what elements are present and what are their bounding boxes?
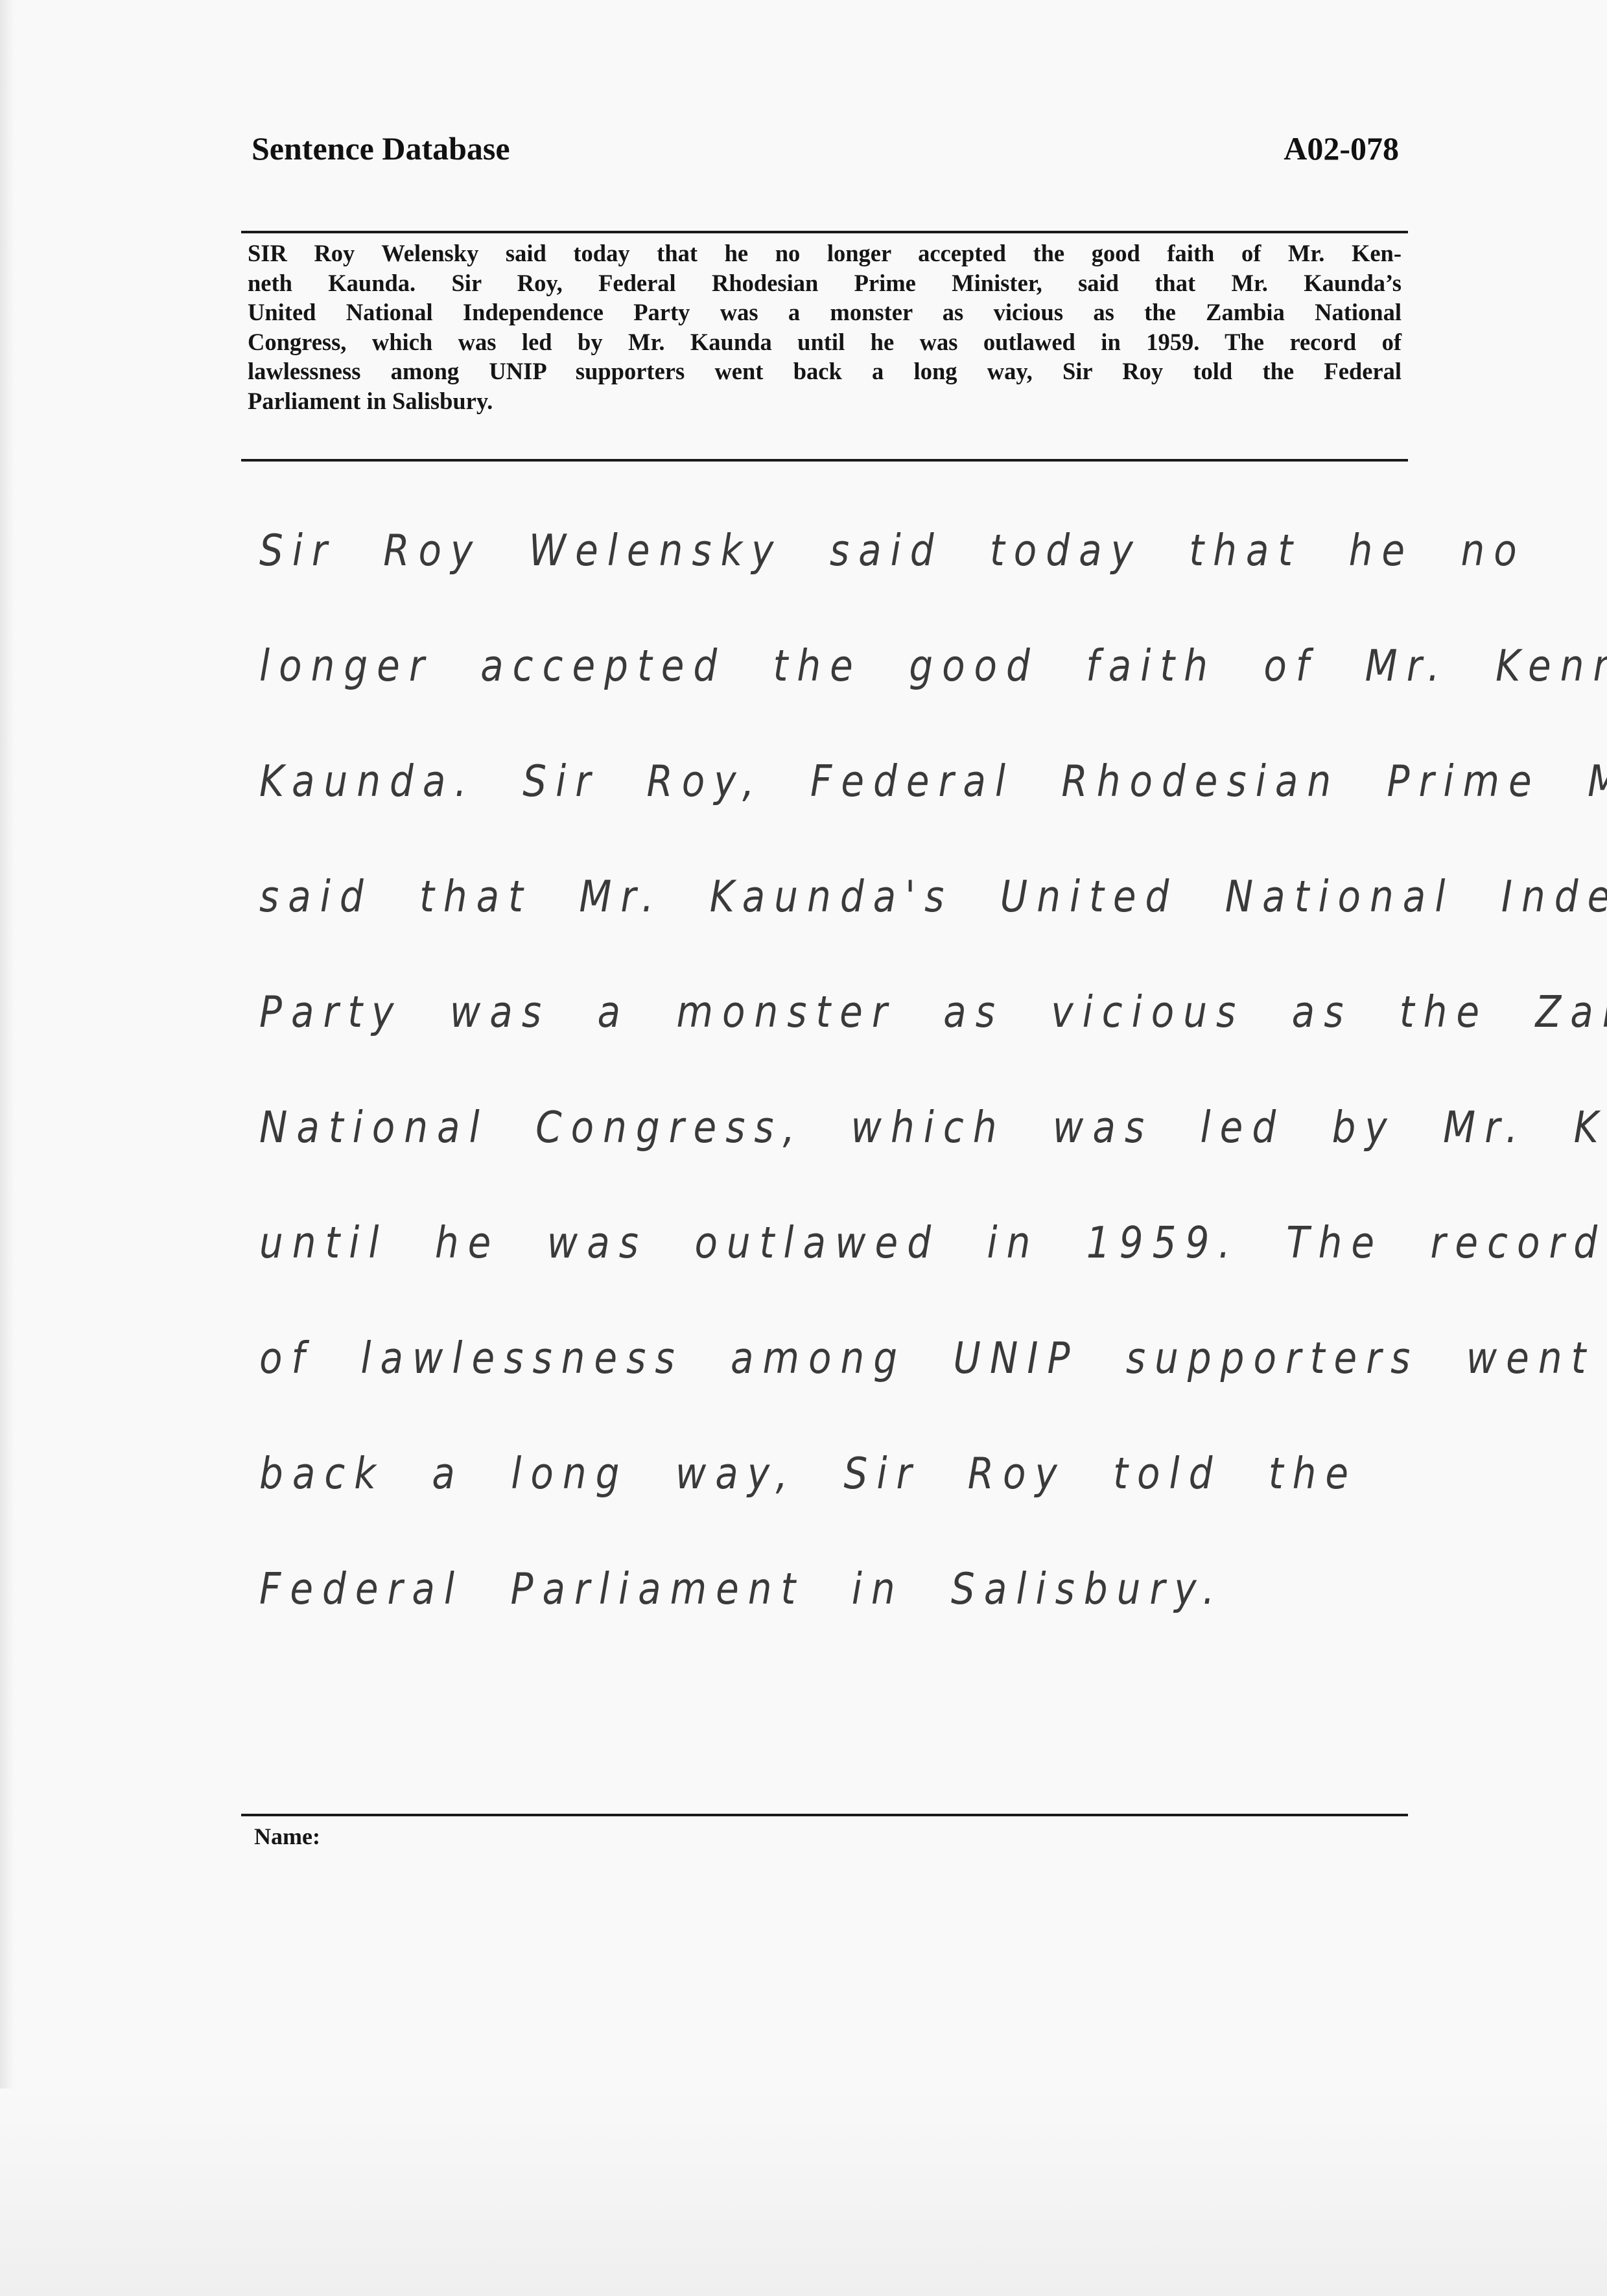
handwritten-line: of lawlessness among UNIP supporters wen… — [259, 1333, 1595, 1383]
prompt-line: neth Kaunda. Sir Roy, Federal Rhodesian … — [248, 268, 1402, 298]
printed-prompt-text: SIR Roy Welensky said today that he no l… — [248, 239, 1402, 416]
handwritten-line: Party was a monster as vicious as the Za… — [259, 987, 1607, 1037]
handwritten-line: said that Mr. Kaunda's United National I… — [259, 871, 1607, 922]
prompt-line: Congress, which was led by Mr. Kaunda un… — [248, 327, 1402, 357]
signature-divider — [241, 1814, 1408, 1816]
top-divider — [241, 231, 1408, 233]
prompt-line: Parliament in Salisbury. — [248, 386, 1402, 416]
name-label: Name: — [254, 1823, 320, 1850]
handwritten-line: Kaunda. Sir Roy, Federal Rhodesian Prime… — [259, 756, 1607, 806]
handwritten-line: until he was outlawed in 1959. The recor… — [259, 1217, 1606, 1268]
handwritten-line: National Congress, which was led by Mr. … — [259, 1102, 1607, 1153]
prompt-line: lawlessness among UNIP supporters went b… — [248, 357, 1402, 386]
form-header: Sentence Database A02-078 — [252, 130, 1399, 175]
form-id: A02-078 — [1284, 130, 1399, 167]
prompt-line: United National Independence Party was a… — [248, 298, 1402, 327]
handwritten-line: longer accepted the good faith of Mr. Ke… — [259, 640, 1607, 691]
handwritten-line: Sir Roy Welensky said today that he no — [259, 525, 1526, 576]
handwritten-line: back a long way, Sir Roy told the — [259, 1448, 1357, 1499]
prompt-bottom-divider — [241, 459, 1408, 462]
page-bottom-shade — [0, 2089, 1607, 2296]
handwritten-line: Federal Parliament in Salisbury. — [259, 1564, 1224, 1614]
prompt-line: SIR Roy Welensky said today that he no l… — [248, 239, 1402, 268]
page-edge-shadow — [0, 0, 14, 2296]
form-title: Sentence Database — [252, 130, 510, 167]
